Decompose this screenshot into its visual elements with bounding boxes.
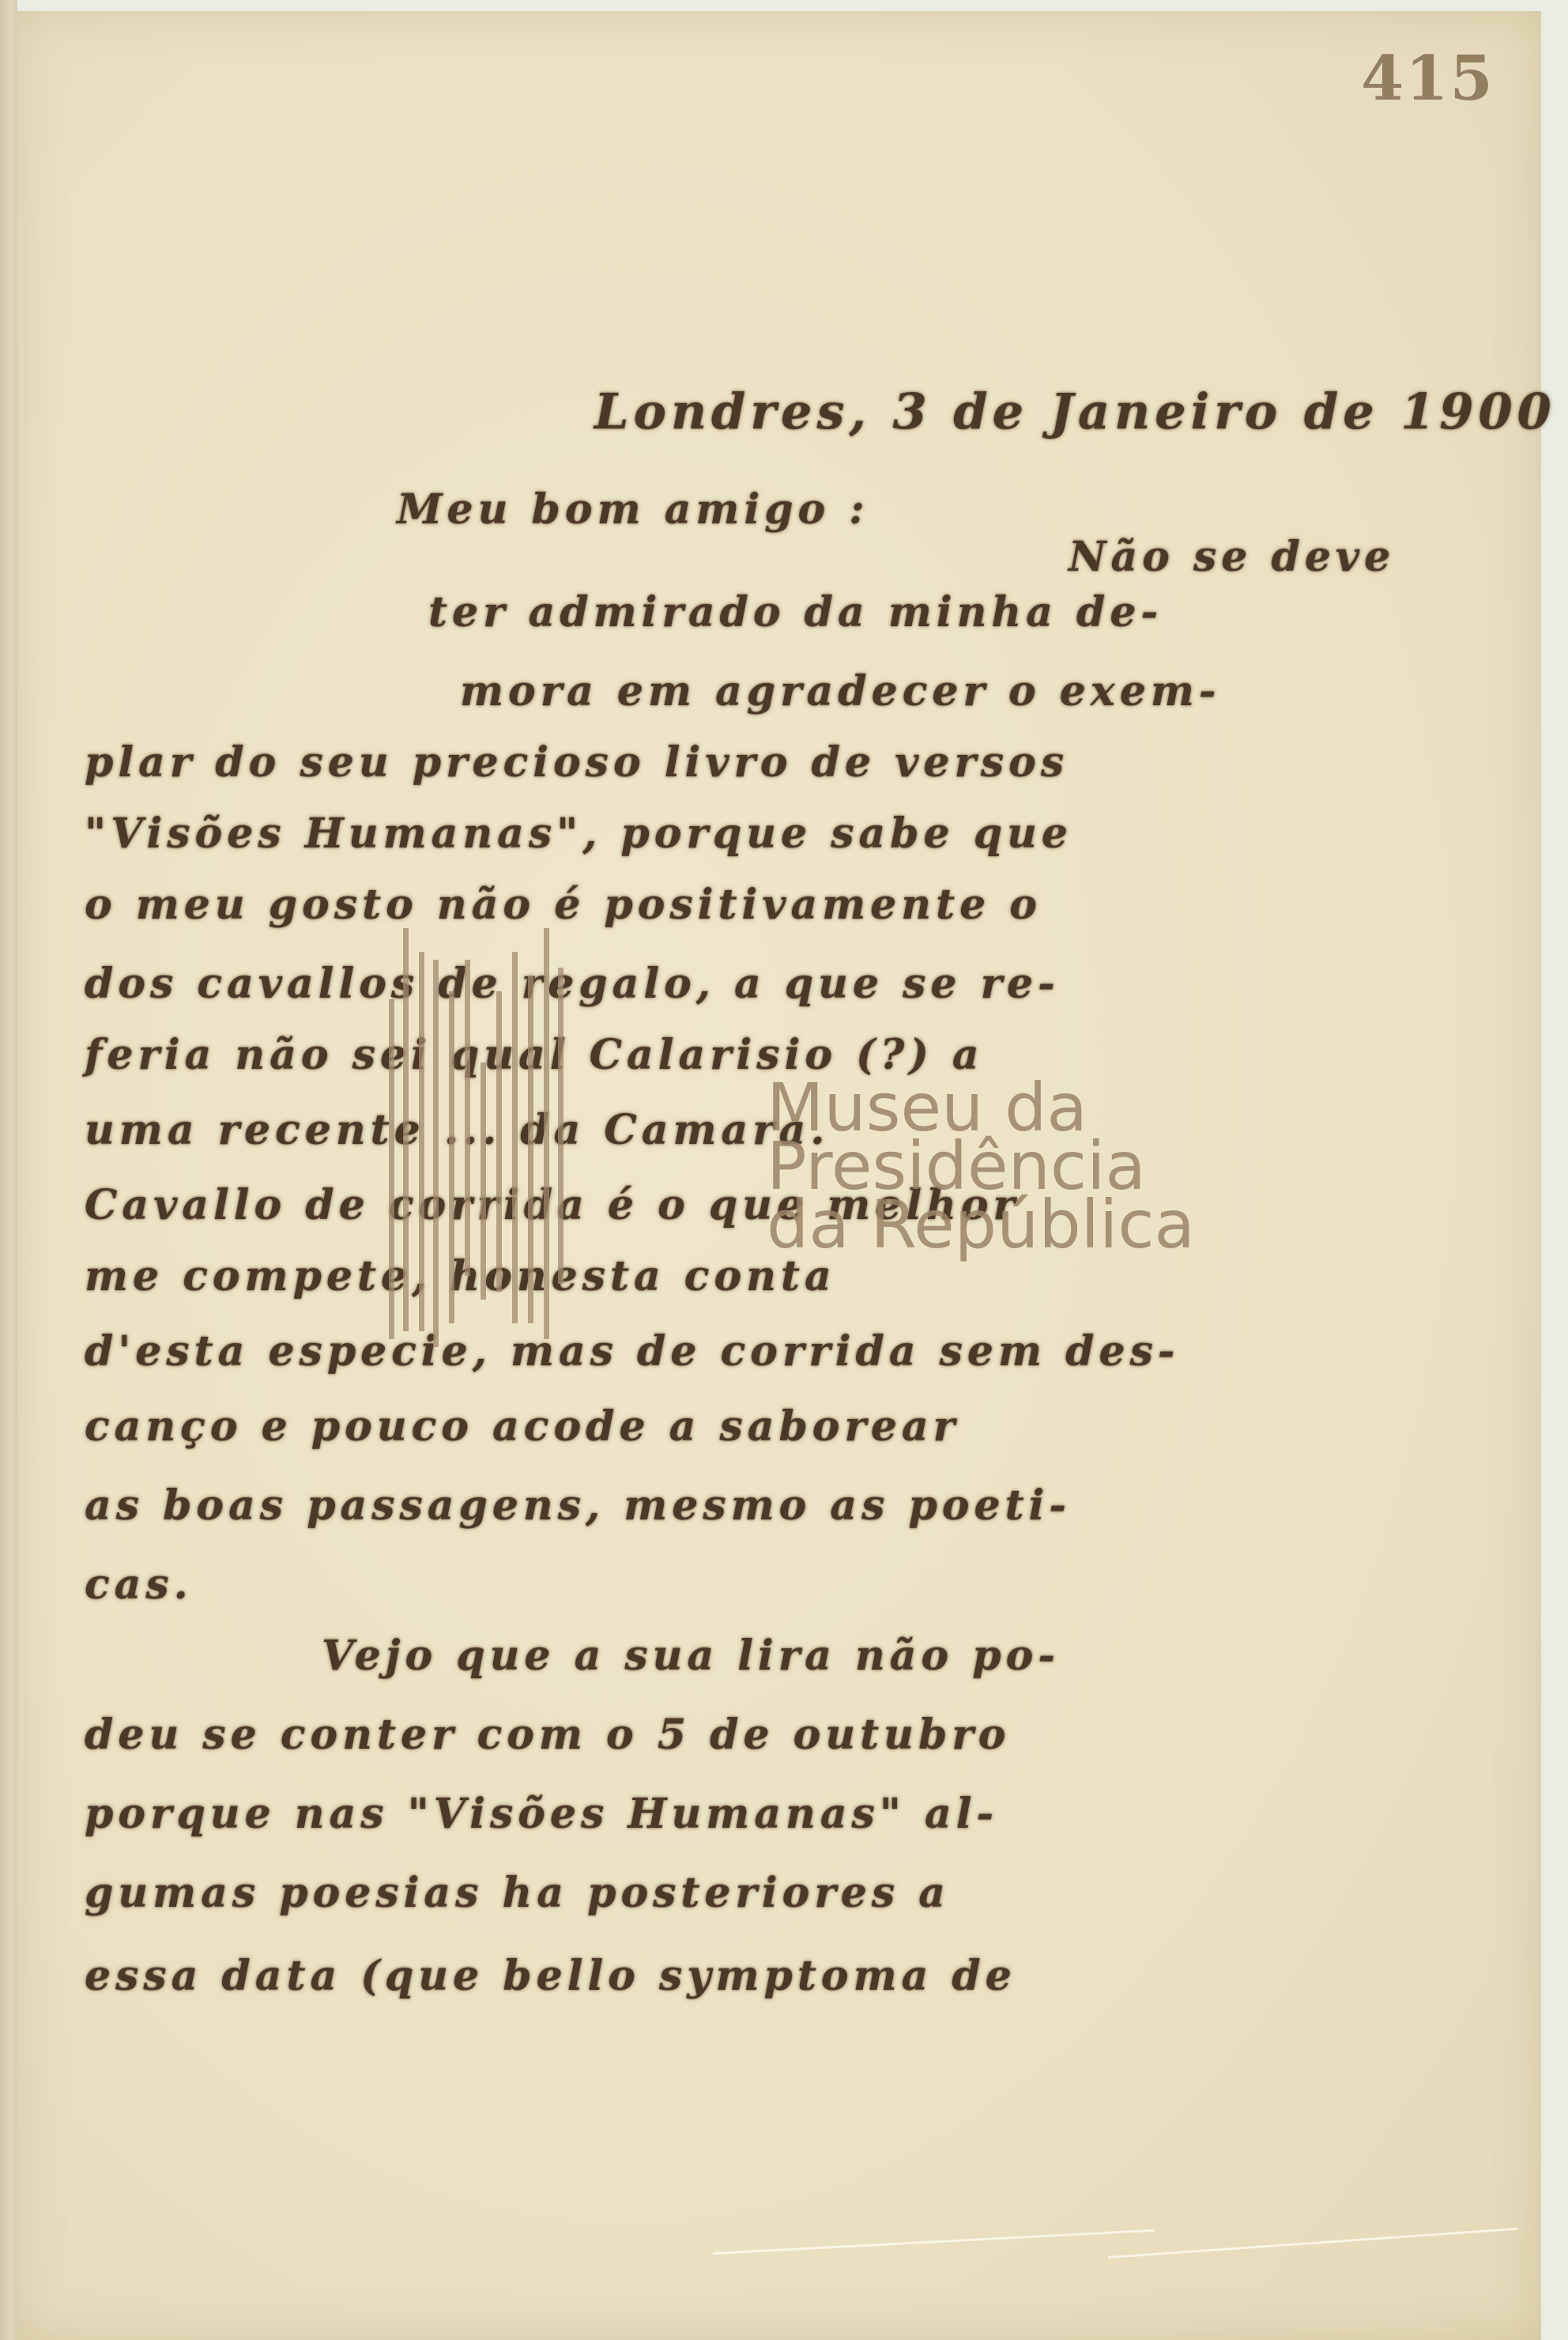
handwritten-line: canço e pouco acode a saborear: [85, 1402, 959, 1451]
handwritten-line: deu se conter com o 5 de outubro: [85, 1711, 1010, 1759]
watermark-line-1: Museu da: [767, 1078, 1195, 1137]
handwritten-line: o meu gosto não é positivamente o: [85, 881, 1042, 929]
handwritten-line: Londres, 3 de Janeiro de 1900: [594, 383, 1556, 440]
handwritten-line: feria não sei qual Calarisio (?) a: [85, 1031, 984, 1079]
handwritten-line: as boas passagens, mesmo as poeti-: [85, 1481, 1071, 1530]
handwritten-line: uma recente ... da Camara.: [85, 1106, 829, 1154]
paper-crease: [1108, 2228, 1518, 2259]
handwritten-line: Cavallo de corrida é o que melhor: [85, 1181, 1020, 1229]
paper-crease: [713, 2229, 1155, 2255]
manuscript-page: 415 Londres, 3 de Janeiro de 1900Meu bom…: [17, 11, 1541, 2340]
handwritten-line: me compete, honesta conta: [85, 1252, 836, 1300]
handwritten-line: plar do seu precioso livro de versos: [85, 738, 1069, 787]
handwritten-line: dos cavallos de regalo, a que se re-: [85, 960, 1060, 1008]
handwritten-line: cas.: [85, 1561, 193, 1609]
handwritten-line: ter admirado da minha de-: [428, 588, 1163, 636]
handwritten-line: "Visões Humanas", porque sabe que: [85, 810, 1072, 858]
handwritten-line: Meu bom amigo :: [397, 485, 869, 534]
handwritten-line: d'esta especie, mas de corrida sem des-: [85, 1327, 1179, 1376]
page-number: 415: [1361, 43, 1494, 115]
handwritten-line: porque nas "Visões Humanas" al-: [85, 1790, 998, 1838]
handwritten-line: mora em agradecer o exem-: [460, 667, 1221, 715]
handwritten-line: Vejo que a sua lira não po-: [322, 1632, 1060, 1680]
handwritten-line: Não se deve: [1069, 533, 1395, 581]
handwritten-line: essa data (que bello symptoma de: [85, 1952, 1016, 2000]
handwritten-line: gumas poesias ha posteriores a: [85, 1869, 950, 1917]
page-binding-edge: [0, 0, 17, 2340]
